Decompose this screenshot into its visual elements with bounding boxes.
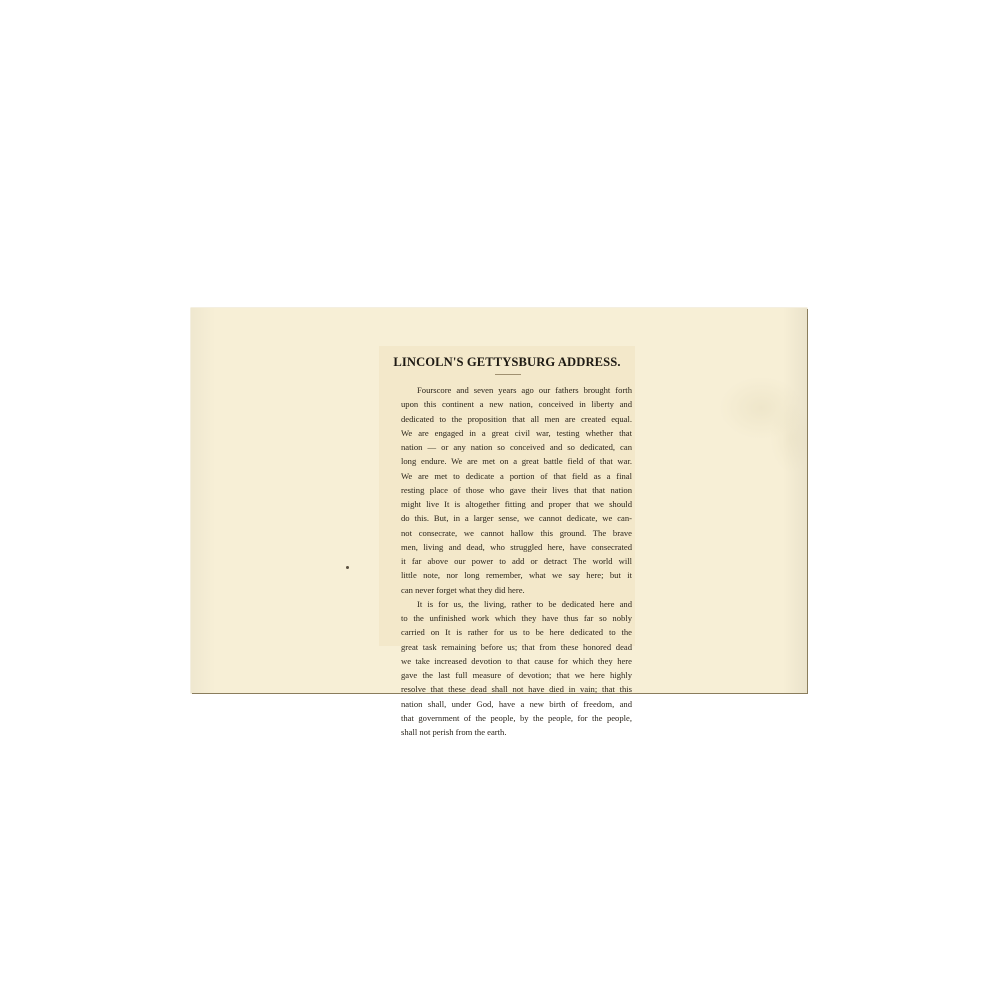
text-line: resolve that these dead shall not have d…	[385, 682, 632, 696]
paragraph-2: It is for us, the living, rather to be d…	[385, 597, 632, 740]
paragraph-1: Fourscore and seven years ago our father…	[385, 383, 632, 597]
text-line: to the unfinished work which they have t…	[385, 611, 632, 625]
text-line: We are engaged in a great civil war, tes…	[385, 426, 632, 440]
pasted-clipping: LINCOLN'S GETTYSBURG ADDRESS. Fourscore …	[379, 346, 635, 646]
text-line: can never forget what they did here.	[385, 583, 632, 597]
text-line: little note, nor long remember, what we …	[385, 568, 632, 582]
text-line: might live It is altogether fitting and …	[385, 497, 632, 511]
text-line: resting place of those who gave their li…	[385, 483, 632, 497]
text-line: upon this continent a new nation, concei…	[385, 397, 632, 411]
ink-speck	[346, 566, 349, 569]
document-title: LINCOLN'S GETTYSBURG ADDRESS.	[379, 355, 635, 370]
text-line: it far above our power to add or detract…	[385, 554, 632, 568]
text-line: long endure. We are met on a great battl…	[385, 454, 632, 468]
text-line: nation — or any nation so conceived and …	[385, 440, 632, 454]
text-line: that government of the people, by the pe…	[385, 711, 632, 725]
text-line: do this. But, in a larger sense, we cann…	[385, 511, 632, 525]
text-line: shall not perish from the earth.	[385, 725, 632, 739]
address-text: Fourscore and seven years ago our father…	[385, 383, 632, 739]
text-line: It is for us, the living, rather to be d…	[385, 597, 632, 611]
text-line: not consecrate, we cannot hallow this gr…	[385, 526, 632, 540]
text-line: we take increased devotion to that cause…	[385, 654, 632, 668]
text-line: nation shall, under God, have a new birt…	[385, 697, 632, 711]
text-line: We are met to dedicate a portion of that…	[385, 469, 632, 483]
postcard: LINCOLN'S GETTYSBURG ADDRESS. Fourscore …	[191, 308, 807, 693]
title-divider	[495, 374, 521, 375]
text-line: men, living and dead, who struggled here…	[385, 540, 632, 554]
text-line: great task remaining before us; that fro…	[385, 640, 632, 654]
text-line: carried on It is rather for us to be her…	[385, 625, 632, 639]
text-line: gave the last full measure of devotion; …	[385, 668, 632, 682]
text-line: Fourscore and seven years ago our father…	[385, 383, 632, 397]
text-line: dedicated to the proposition that all me…	[385, 412, 632, 426]
